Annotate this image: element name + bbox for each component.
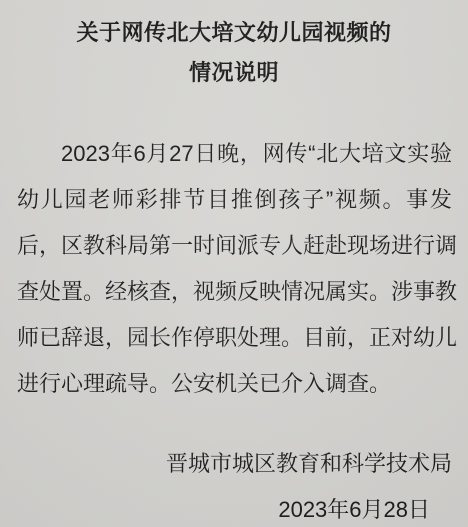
body-line: 2023年6月27日晚，网传“北大培文实验 bbox=[17, 131, 452, 177]
signature-block: 晋城市城区教育和科学技术局 2023年6月28日 bbox=[0, 441, 468, 527]
body-line: 幼儿园老师彩排节目推倒孩子”视频。事发 bbox=[17, 177, 452, 223]
notice-date: 2023年6月28日 bbox=[0, 487, 468, 527]
body-line: 师已辞退，园长作停职处理。目前，正对幼儿 bbox=[17, 315, 452, 361]
body-line: 后，区教科局第一时间派专人赶赴现场进行调 bbox=[17, 223, 452, 269]
title-line-2: 情况说明 bbox=[0, 53, 468, 93]
body-line: 查处置。经核查，视频反映情况属实。涉事教 bbox=[17, 269, 452, 315]
notice-page: 关于网传北大培文幼儿园视频的 情况说明 2023年6月27日晚，网传“北大培文实… bbox=[0, 0, 468, 527]
agency-name: 晋城市城区教育和科学技术局 bbox=[0, 441, 468, 487]
notice-title: 关于网传北大培文幼儿园视频的 情况说明 bbox=[0, 0, 468, 93]
title-line-1: 关于网传北大培文幼儿园视频的 bbox=[0, 13, 468, 53]
notice-body: 2023年6月27日晚，网传“北大培文实验 幼儿园老师彩排节目推倒孩子”视频。事… bbox=[17, 131, 452, 407]
body-line: 进行心理疏导。公安机关已介入调查。 bbox=[17, 361, 452, 407]
